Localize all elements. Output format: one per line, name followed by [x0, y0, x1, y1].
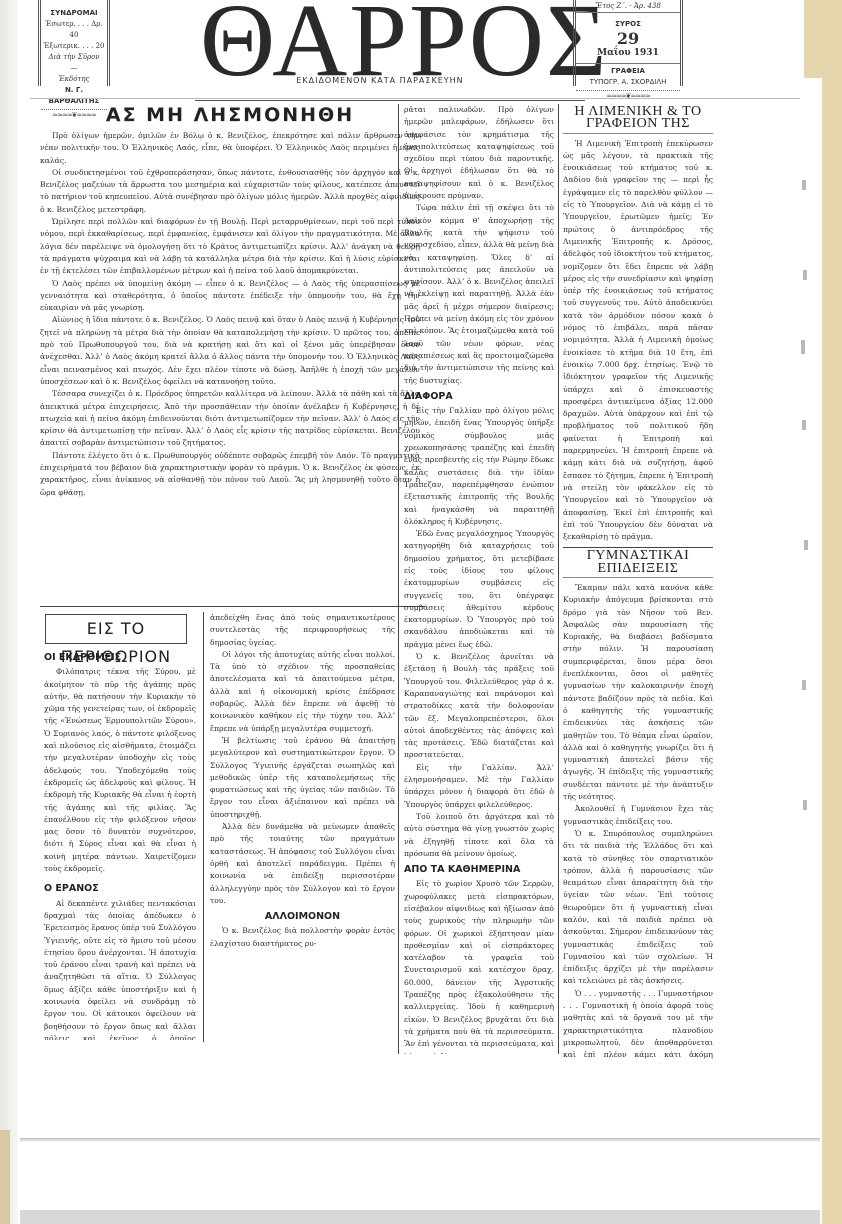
newspaper-subtitle: ΕΚΔΙΔΟΜΕΝΟΝ ΚΑΤΑ ΠΑΡΑΣΚΕΥΗΝ	[240, 76, 520, 85]
alas-text: Ὁ κ. Βενιζέλος διὰ πολλοστὴν φορὰν ἐντὸς…	[210, 925, 395, 950]
collection-text: Αἱ δεκαπέντε χιλιάδες πεντακόσιαι δραχμα…	[44, 898, 196, 1040]
lead-paragraph: Οἱ συνδικτησμένοι τοῦ ἐχθροπεράσησαν, ὅπ…	[40, 167, 420, 216]
peripheral-left-column: ΟΙ ΕΚΔΡΟΜΕΙΣ Φιλόπατρις τέκνα τῆς Σύρου,…	[44, 648, 196, 1040]
collection-heading: Ο ΕΡΑΝΟΣ	[44, 883, 196, 895]
scan-left-margin	[0, 0, 18, 1224]
lead-paragraph: Πάντοτε ἐλέγετο ὅτι ὁ κ. Πρωθυπουργὸς οὐ…	[40, 450, 420, 499]
misc-text: Τοῦ λοιποῦ ὅτι ἀργότερα καὶ τὸ αὐτὸ σύστ…	[404, 811, 554, 860]
lead-paragraph: Ὁ Λαὸς πρέπει νὰ ὑπομείνῃ ἀκόμη — εἶπεν …	[40, 278, 420, 315]
lead-paragraph: Αἰώνιος ἡ ἴδια πάντοτε ὁ κ. Βενιζέλος. Ὁ…	[40, 314, 420, 388]
issue-day: 29	[576, 30, 680, 48]
center-column: ρᾶται παλινωδῶν. Πρὸ ὀλίγων ἡμερῶν μπλεφ…	[404, 104, 554, 1054]
issue-month-year: Μαΐου 1931	[576, 48, 680, 59]
scan-paper-edge	[822, 0, 842, 1224]
masthead-rule	[30, 98, 800, 99]
excursionists-heading: ΟΙ ΕΚΔΡΟΜΕΙΣ	[44, 652, 196, 664]
lead-paragraph: Πρὸ ὀλίγων ἡμερῶν, ὁμιλῶν ἐν Βόλῳ ὁ κ. Β…	[40, 130, 420, 167]
port-heading: Η ΛΙΜΕΝΙΚΗ & ΤΟ ΓΡΑΦΕΙΟΝ ΤΗΣ	[563, 106, 713, 134]
right-column: Η ΛΙΜΕΝΙΚΗ & ΤΟ ΓΡΑΦΕΙΟΝ ΤΗΣ Ἡ Λιμενικὴ …	[563, 104, 713, 1064]
center-text: ρᾶται παλινωδῶν. Πρὸ ὀλίγων ἡμερῶν μπλεφ…	[404, 104, 554, 202]
subscription-heading: ΣΥΝΔΡΟΜΑΙ	[41, 8, 107, 19]
gym-heading: ΓΥΜΝΑΣΤΙΚΑΙ ΕΠΙΔΕΙΞΕΙΣ	[563, 547, 713, 578]
subscription-foreign: Ἐξωτερικ. . . . 20	[41, 41, 107, 52]
gym-text: Ὁ . . . γυμναστής . . . Γυμναστήριον . .…	[563, 988, 713, 1064]
middle-text: Ἡ βελτίωσις τοῦ ἐράνου θὰ ἀπαιτήσῃ μεγαλ…	[210, 735, 395, 821]
page-fold-shadow	[20, 1138, 820, 1142]
center-text: Τώρα πάλιν ἐπὶ τῇ σκέψει ὅτι τὸ Λαϊκὸν κ…	[404, 202, 554, 386]
offices-name: ΤΥΠΟΓΡ. Α. ΣΚΟΡΔΙΛΗ	[576, 77, 680, 88]
lead-article-body: Πρὸ ὀλίγων ἡμερῶν, ὁμιλῶν ἐν Βόλῳ ὁ κ. Β…	[40, 130, 420, 600]
publisher-label: Ἐκδότης	[41, 74, 107, 85]
ornament-icon: ≈≈≈≈❦≈≈≈≈	[576, 90, 680, 102]
subscription-box: ΣΥΝΔΡΟΜΑΙ Ἐσωτερ. . . . Δρ. 40 Ἐξωτερικ.…	[38, 0, 110, 86]
port-text: Ἡ Λιμενικὴ Ἐπιτροπὴ ἐπεκύρωσεν ὡς μᾶς λέ…	[563, 138, 713, 544]
lead-headline: ΑΣ ΜΗ ΛΗΣΜΟΝΗΘΗ	[40, 104, 420, 126]
gym-text: Ἔκαμαν πάλι κατὰ κανόνα κάθε Κυριακὴν ἀπ…	[563, 582, 713, 803]
middle-text: ἀπεδείχθη ἕνας ἀπὸ τοὺς σημαντικωτέρους …	[210, 612, 395, 649]
lead-paragraph: Τέσσαρα συνεχίζει ὁ κ. Πρόεδρος ὑπηρετῶν…	[40, 388, 420, 449]
section-title-box: ΕΙΣ ΤΟ ΠΕΡΙΘΩΡΙΟΝ	[45, 614, 187, 644]
section-divider	[40, 606, 425, 607]
middle-text: Ἀλλὰ δὲν δυνάμεθα νὰ μείνωμεν ἀπαθεῖς πρ…	[210, 821, 395, 907]
subscription-separator: —	[41, 63, 107, 74]
misc-text: Εἰς τὴν Γαλλίαν. Ἀλλ’ ἐλησμονήσαμεν. Μὲ …	[404, 762, 554, 811]
misc-text: Ὁ κ. Βενιζέλος ἀρνεῖται νὰ ἐξετάσῃ ἡ Βου…	[404, 651, 554, 762]
scan-paper-corner	[0, 1130, 10, 1224]
peripheral-middle-column: ἀπεδείχθη ἕνας ἀπὸ τοὺς σημαντικωτέρους …	[210, 612, 395, 1054]
gym-text: Ὁ κ. Σπυρόπουλος συμπληρώνει ὅτι τὰ παιδ…	[563, 828, 713, 988]
misc-text: Εἰς τὴν Γαλλίαν πρὸ ὀλίγου μόλις μηνῶν, …	[404, 405, 554, 528]
gym-text: Ἀκολουθεῖ ἡ Γυμνάσιον ἔχει τὰς γυμναστικ…	[563, 803, 713, 828]
subscription-domestic: Ἐσωτερ. . . . Δρ. 40	[41, 19, 107, 41]
scan-bottom-edge	[20, 1210, 820, 1224]
scan-paper-edge-top	[804, 0, 842, 78]
masthead-rule-heavy	[195, 100, 585, 101]
lead-paragraph: Ὡμίλησε περὶ πολλῶν καὶ διαφόρων ἐν τῇ Β…	[40, 216, 420, 277]
middle-text: Οἱ λόγοι τῆς ἀποτυχίας αὐτῆς εἶναι πολλο…	[210, 649, 395, 735]
column-rule	[398, 104, 399, 1054]
column-rule	[203, 612, 204, 1042]
misc-text: Ἐδῶ ἕνας μεγαλόσχημος Ὑπουργὸς κατηγορήθ…	[404, 528, 554, 651]
daily-heading: ΑΠΟ ΤΑ ΚΑΘΗΜΕΡΙΝΑ	[404, 864, 554, 876]
subscription-syros: Διὰ τὴν Σῦρον	[41, 52, 107, 63]
scan-specks	[800, 120, 812, 940]
column-rule	[558, 104, 559, 1054]
offices-label: ΓΡΑΦΕΙΑ	[576, 63, 680, 77]
daily-text: Εἰς τὸ χωρίον Χρυσὸ τῶν Σερρῶν, χωροφύλα…	[404, 878, 554, 1054]
issue-box: Ἔτος Ζ΄. - Ἀρ. 438 ΣΥΡΟΣ 29 Μαΐου 1931 Γ…	[573, 0, 683, 86]
misc-heading: ΔΙΑΦΟΡΑ	[404, 391, 554, 403]
excursionists-text: Φιλόπατρις τέκνα τῆς Σύρου, μὲ ἀκοίμητον…	[44, 666, 196, 875]
alas-heading: ΑΛΛΟΙΜΟΝΟΝ	[210, 911, 395, 923]
issue-number: Ἔτος Ζ΄. - Ἀρ. 438	[576, 1, 680, 13]
